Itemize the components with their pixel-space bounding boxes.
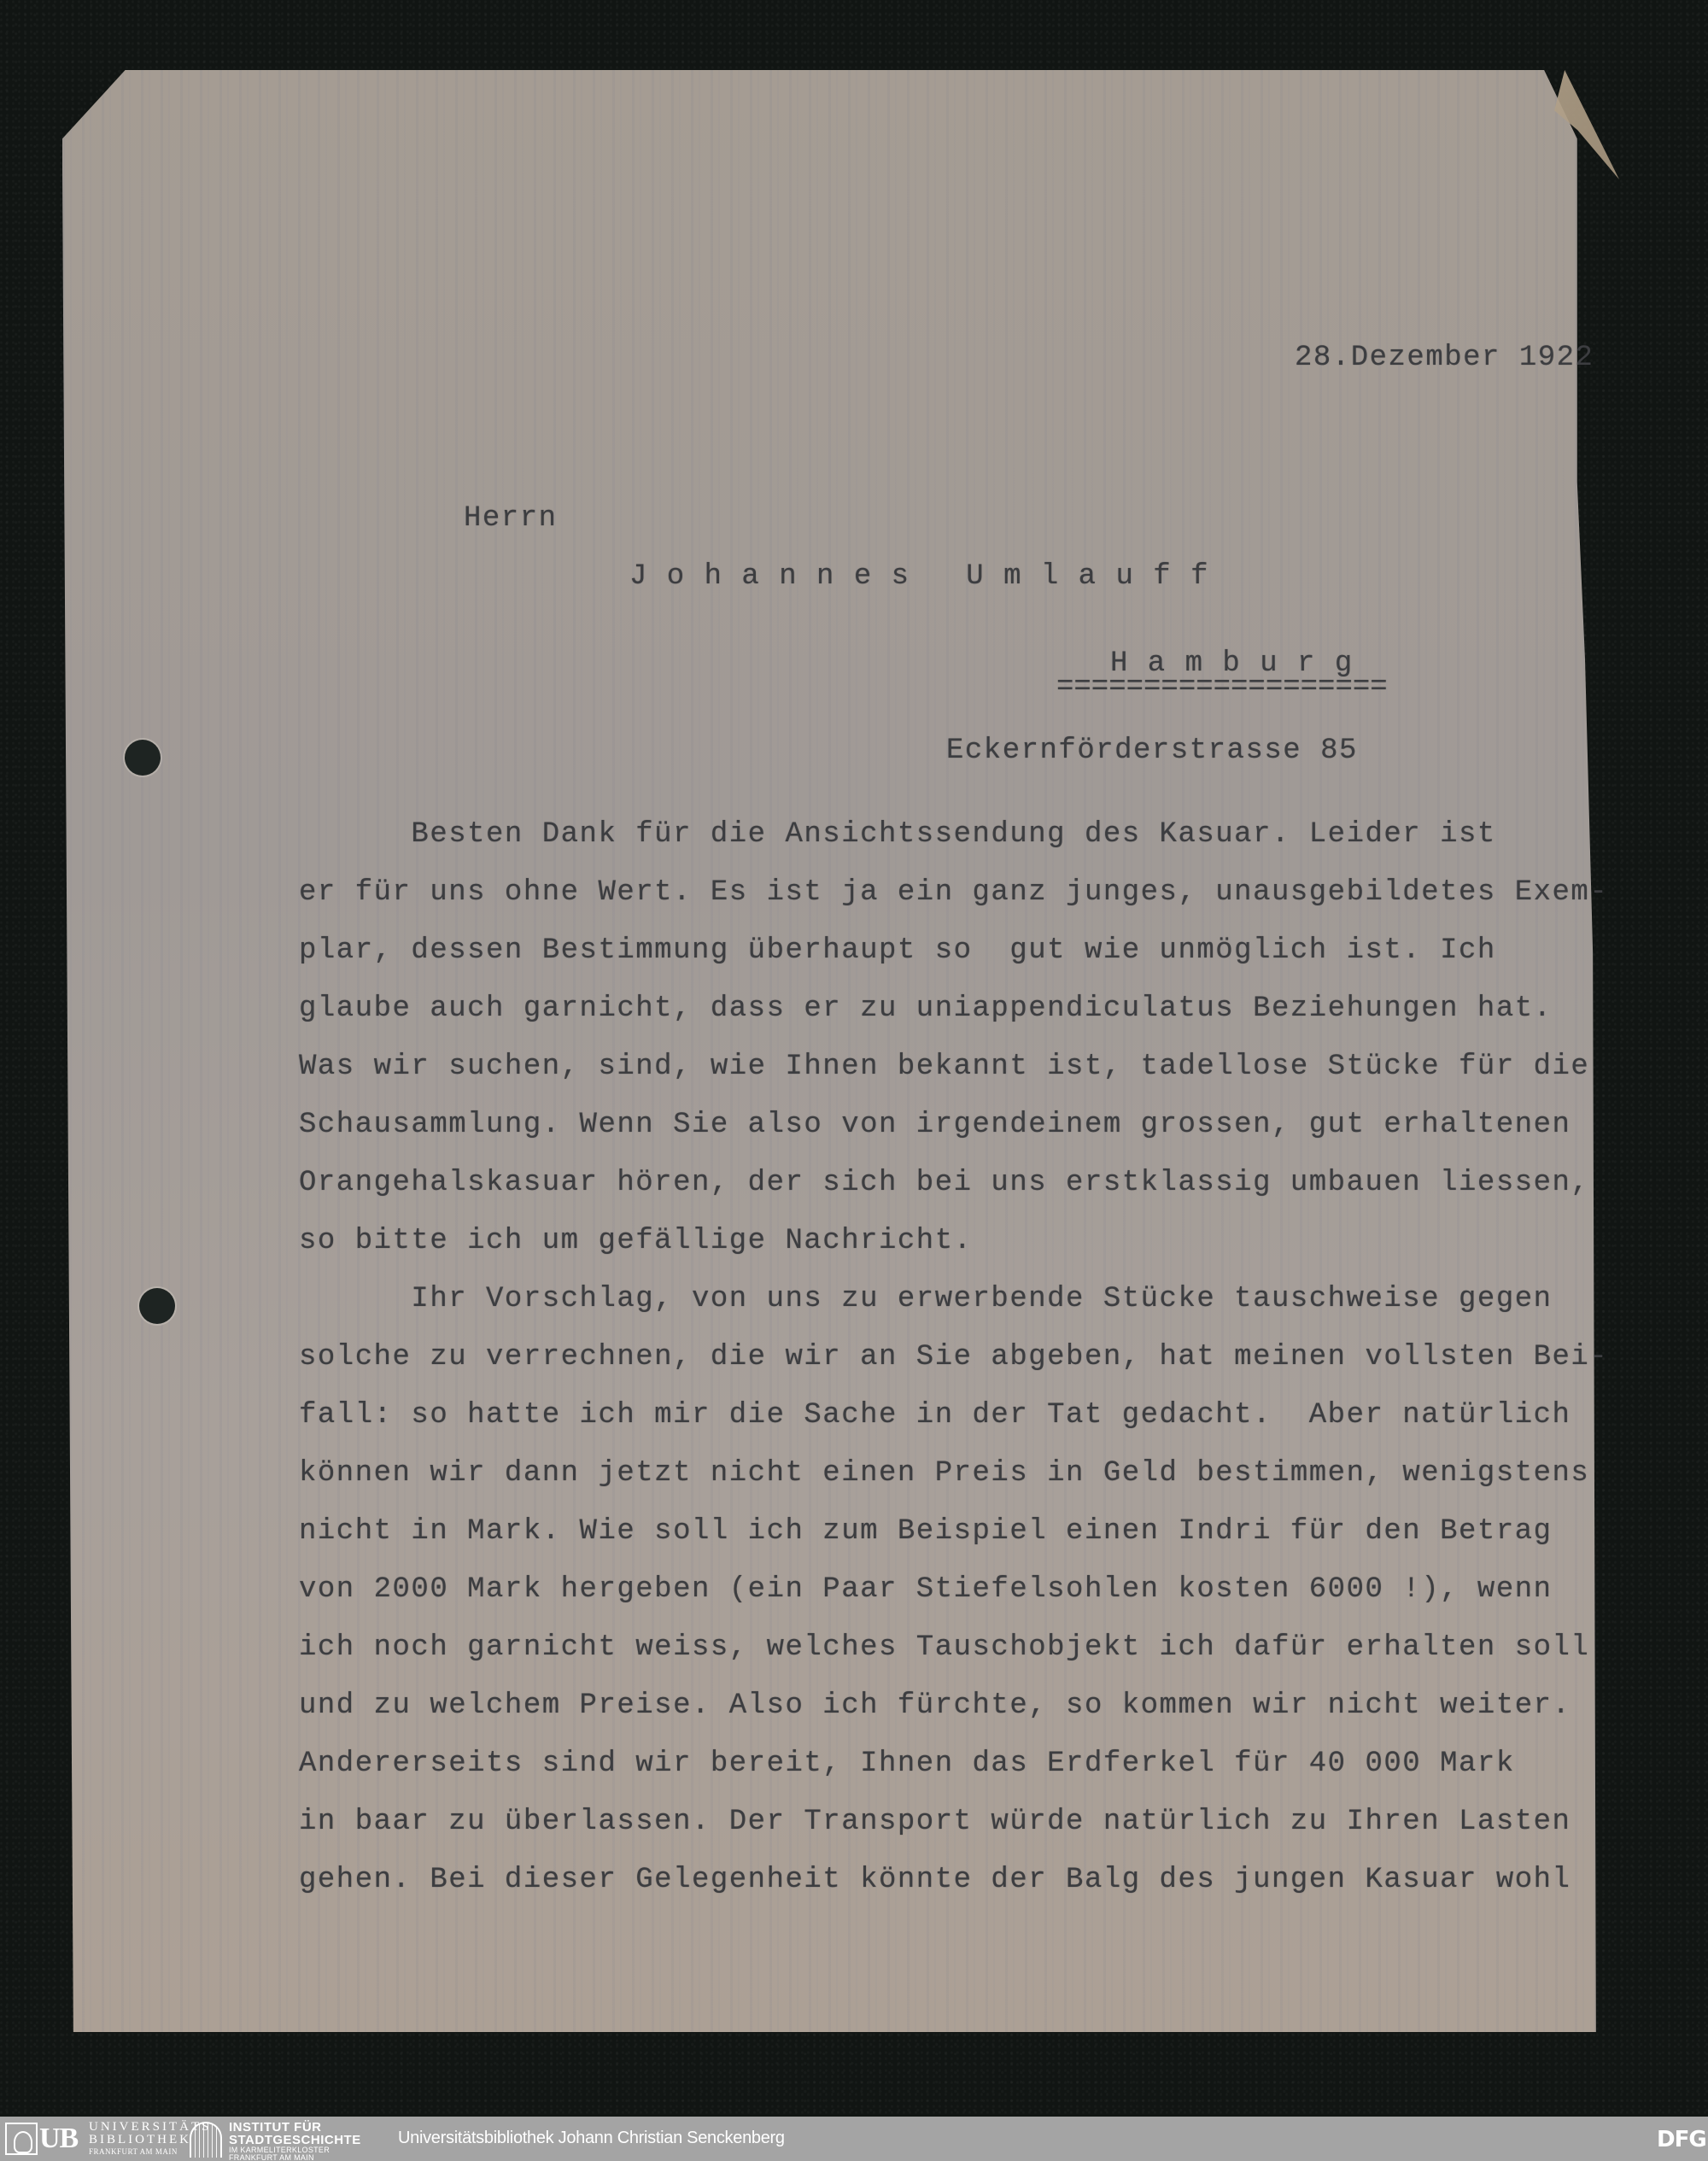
body-line: Was wir suchen, sind, wie Ihnen bekannt … xyxy=(299,1051,1589,1083)
salutation-prefix: Herrn xyxy=(464,502,558,535)
body-line: von 2000 Mark hergeben (ein Paar Stiefel… xyxy=(299,1573,1553,1606)
ifs-line-1: INSTITUT FÜR xyxy=(229,2121,361,2134)
ifs-logo[interactable]: INSTITUT FÜR STADTGESCHICHTE IM KARMELIT… xyxy=(229,2121,361,2161)
ub-letters: UB xyxy=(39,2123,78,2155)
body-line: Andererseits sind wir bereit, Ihnen das … xyxy=(299,1748,1515,1780)
body-line: können wir dann jetzt nicht einen Preis … xyxy=(299,1457,1589,1490)
body-line: in baar zu überlassen. Der Transport wür… xyxy=(299,1806,1571,1838)
ifs-arch-icon xyxy=(190,2122,222,2158)
letter-date: 28.Dezember 1922 xyxy=(1295,342,1594,374)
body-line: er für uns ohne Wert. Es ist ja ein ganz… xyxy=(299,876,1608,909)
footer-bar: UB UNIVERSITÄTS BIBLIOTHEK FRANKFURT AM … xyxy=(0,2117,1708,2161)
body-line: Ihr Vorschlag, von uns zu erwerbende Stü… xyxy=(299,1283,1553,1315)
punch-hole-bottom xyxy=(139,1288,175,1324)
body-line: solche zu verrechnen, die wir an Sie abg… xyxy=(299,1341,1608,1373)
body-line: plar, dessen Bestimmung überhaupt so gut… xyxy=(299,934,1496,967)
ifs-line-4: FRANKFURT AM MAIN xyxy=(229,2154,361,2161)
recipient-street: Eckernförderstrasse 85 xyxy=(946,735,1358,767)
dfg-logo[interactable]: DFG xyxy=(1657,2127,1706,2152)
body-line: glaube auch garnicht, dass er zu uniappe… xyxy=(299,993,1553,1025)
body-line: und zu welchem Preise. Also ich fürchte,… xyxy=(299,1690,1571,1722)
recipient-name: J o h a n n e s U m l a u f f xyxy=(629,560,1209,593)
body-line: gehen. Bei dieser Gelegenheit könnte der… xyxy=(299,1864,1571,1896)
ifs-line-2: STADTGESCHICHTE xyxy=(229,2134,361,2146)
body-line: Besten Dank für die Ansichtssendung des … xyxy=(299,818,1496,851)
body-line: nicht in Mark. Wie soll ich zum Beispiel… xyxy=(299,1515,1553,1548)
body-line: Orangehalskasuar hören, der sich bei uns… xyxy=(299,1167,1589,1199)
punch-hole-top xyxy=(125,740,161,776)
body-line: fall: so hatte ich mir die Sache in der … xyxy=(299,1399,1571,1432)
body-line: Schausammlung. Wenn Sie also von irgende… xyxy=(299,1109,1571,1141)
ub-portrait-icon xyxy=(5,2123,38,2155)
city-underline: =================== xyxy=(1056,671,1388,704)
ub-logo[interactable]: UB xyxy=(5,2121,78,2157)
body-line: ich noch garnicht weiss, welches Tauscho… xyxy=(299,1631,1589,1664)
body-line: so bitte ich um gefällige Nachricht. xyxy=(299,1225,973,1257)
library-name: Universitätsbibliothek Johann Christian … xyxy=(398,2129,785,2148)
